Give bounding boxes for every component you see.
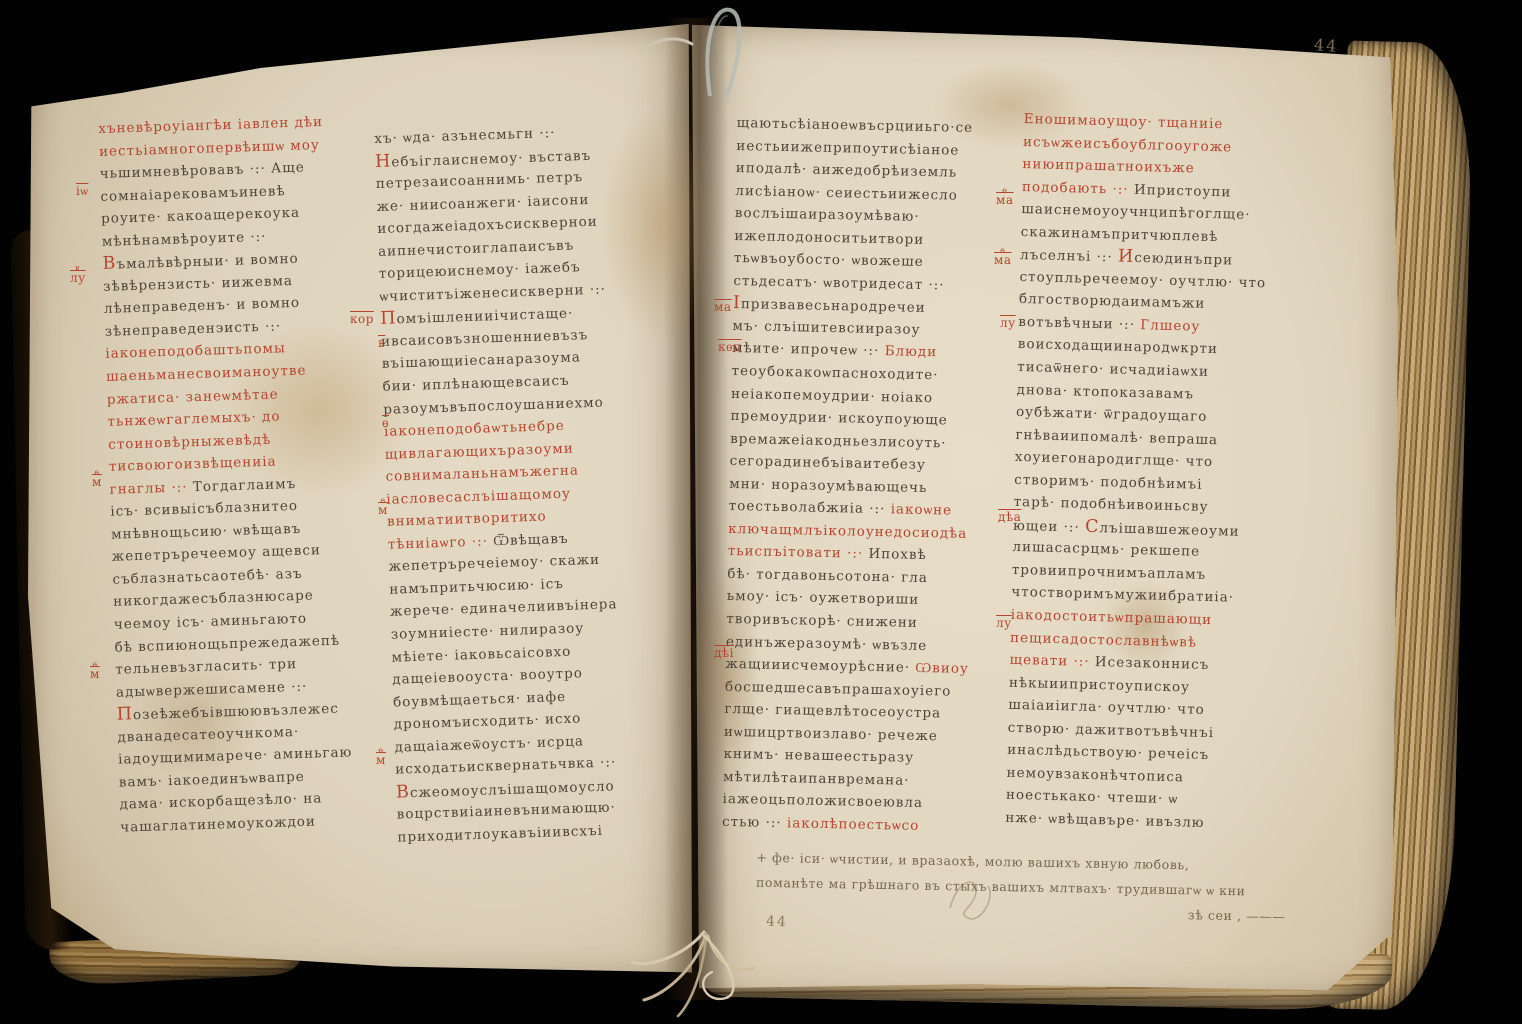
margin-mark-acts: дѣі <box>714 648 734 659</box>
margin-mark-matthew: ѳм <box>376 748 386 766</box>
margin-mark-john: іѡ <box>76 186 88 197</box>
margin-mark-matthew: ѳм <box>378 498 388 516</box>
margin-mark-acts: дѣа <box>998 512 1021 523</box>
margin-mark-mark: ѳма <box>996 188 1014 206</box>
manuscript-photo: хъневѣроуіангѣи іавлен дѣииестьіамногопе… <box>0 0 1522 1024</box>
margin-mark-theta: ѳ <box>382 418 389 429</box>
left-page-column-2: хъ· ѡда· азънесмьгн ·:·Небъіглаиснемоу· … <box>374 118 690 849</box>
left-page-column-1: хъневѣроуіангѣи іавлен дѣииестьіамногопе… <box>98 109 397 839</box>
right-page-column-2: Еношимаоущоу· тщаниіеисъѡжеисъбоублгооуг… <box>1005 108 1324 837</box>
margin-mark-mark: ѳма <box>994 248 1012 266</box>
margin-mark-matthew: ѳм <box>90 662 100 680</box>
right-page-column-1: щаютьсѣіаноеѡвъсрцииьго·сеиестьиижеприпо… <box>722 112 1033 840</box>
margin-mark-luke: лу <box>996 618 1012 629</box>
folio-number-top: 44 <box>1313 35 1339 56</box>
ink-doodle <box>938 868 1008 928</box>
margin-mark-v: в <box>378 338 385 349</box>
margin-mark-luke: клу <box>70 266 86 284</box>
margin-mark-luke: лу <box>1000 318 1016 329</box>
margin-mark-kfp: кѳп <box>718 342 742 353</box>
margin-mark-mark: ма <box>714 302 732 313</box>
scribal-note: + фе· іси· ѡчистии, и вразаохѣ, молю ваш… <box>755 845 1356 930</box>
bookmark-loop-icon <box>614 0 784 112</box>
margin-mark-corinthians: кор <box>350 314 374 325</box>
binding-threads-icon <box>586 928 816 1024</box>
margin-mark-matthew: ѳм <box>92 470 102 488</box>
